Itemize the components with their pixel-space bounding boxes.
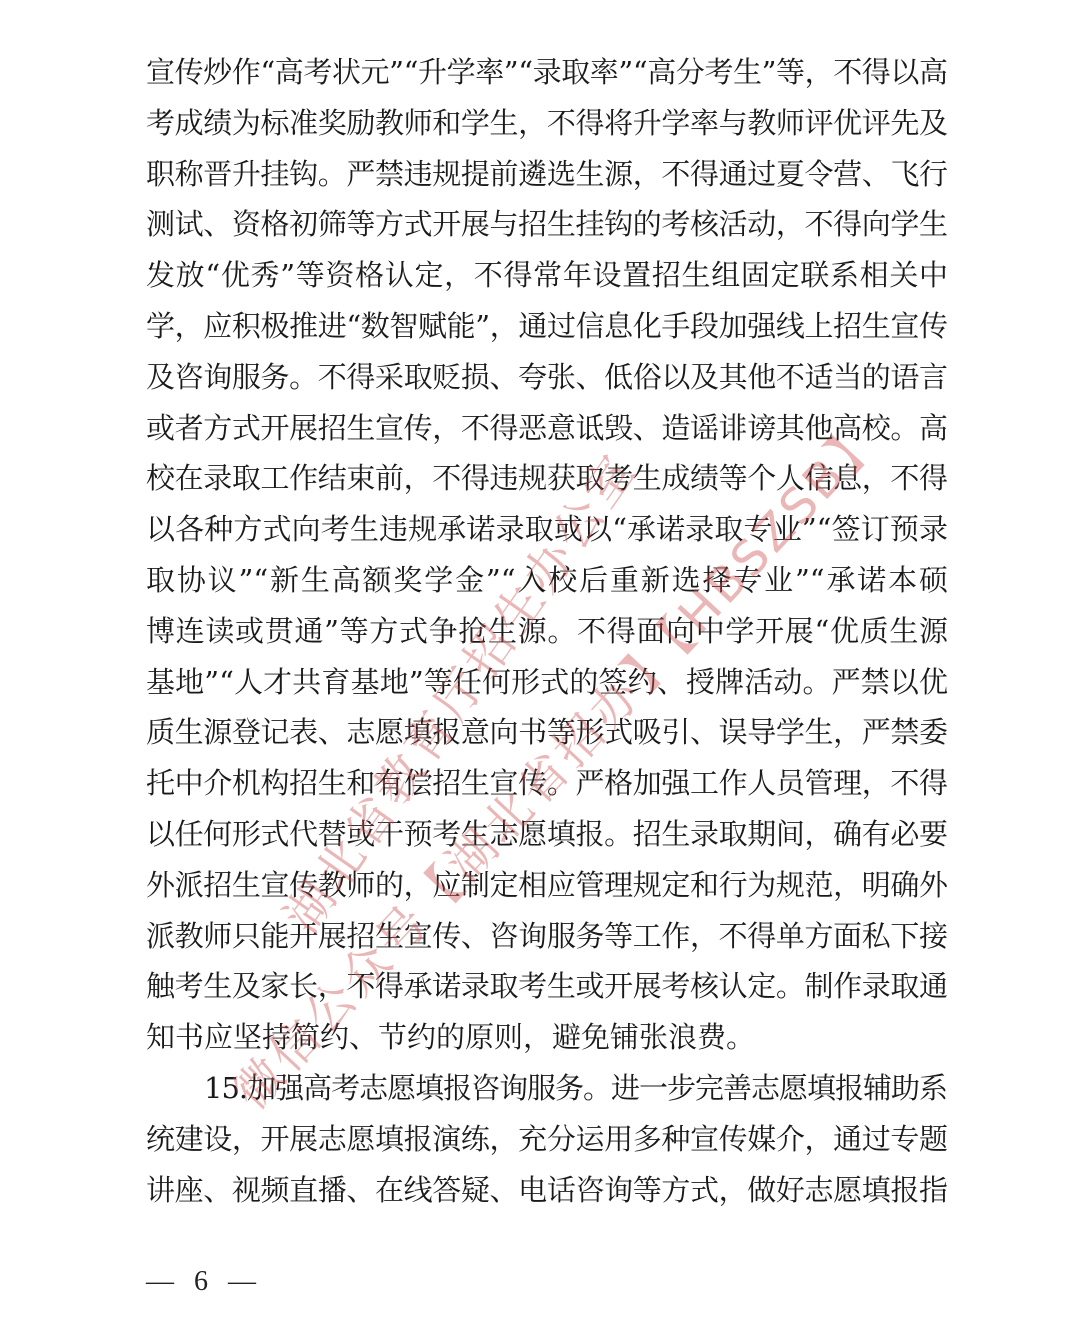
text-line: 考成绩为标准奖励教师和学生，不得将升学率与教师评优评先及 xyxy=(146,98,948,149)
text-line: 学，应积极推进“数智赋能”，通过信息化手段加强线上招生宣传 xyxy=(146,301,948,352)
text-line: 发放“优秀”等资格认定，不得常年设置招生组固定联系相关中 xyxy=(146,250,948,301)
text-line: 及咨询服务。不得采取贬损、夸张、低俗以及其他不适当的语言 xyxy=(146,352,948,403)
text-line: 触考生及家长，不得承诺录取考生或开展考核认定。制作录取通 xyxy=(146,961,948,1012)
document-page: 宣传炒作“高考状元”“升学率”“录取率”“高分考生”等，不得以高 考成绩为标准奖… xyxy=(0,0,1080,1326)
body-text: 宣传炒作“高考状元”“升学率”“录取率”“高分考生”等，不得以高 考成绩为标准奖… xyxy=(146,47,948,1215)
paragraph-end-line: 知书应坚持简约、节约的原则，避免铺张浪费。 xyxy=(146,1012,948,1063)
text-line: 基地”“人才共育基地”等任何形式的签约、授牌活动。严禁以优 xyxy=(146,657,948,708)
text-line: 质生源登记表、志愿填报意向书等形式吸引、误导学生，严禁委 xyxy=(146,707,948,758)
text-line: 博连读或贯通”等方式争抢生源。不得面向中学开展“优质生源 xyxy=(146,606,948,657)
text-line: 校在录取工作结束前，不得违规获取考生成绩等个人信息，不得 xyxy=(146,453,948,504)
text-line: 派教师只能开展招生宣传、咨询服务等工作，不得单方面私下接 xyxy=(146,911,948,962)
text-line: 或者方式开展招生宣传，不得恶意诋毁、造谣诽谤其他高校。高 xyxy=(146,403,948,454)
page-number: — 6 — xyxy=(146,1266,258,1298)
text-line: 职称晋升挂钩。严禁违规提前遴选生源，不得通过夏令营、飞行 xyxy=(146,149,948,200)
text-line: 托中介机构招生和有偿招生宣传。严格加强工作人员管理，不得 xyxy=(146,758,948,809)
text-line: 外派招生宣传教师的，应制定相应管理规定和行为规范，明确外 xyxy=(146,860,948,911)
section-15-heading-line: 15.加强高考志愿填报咨询服务。进一步完善志愿填报辅助系 xyxy=(146,1063,948,1114)
text-line: 以各种方式向考生违规承诺录取或以“承诺录取专业”“签订预录 xyxy=(146,504,948,555)
text-line: 讲座、视频直播、在线答疑、电话咨询等方式，做好志愿填报指 xyxy=(146,1165,948,1216)
text-line: 测试、资格初筛等方式开展与招生挂钩的考核活动，不得向学生 xyxy=(146,199,948,250)
text-line: 统建设，开展志愿填报演练，充分运用多种宣传媒介，通过专题 xyxy=(146,1114,948,1165)
text-line: 宣传炒作“高考状元”“升学率”“录取率”“高分考生”等，不得以高 xyxy=(146,47,948,98)
text-line: 以任何形式代替或干预考生志愿填报。招生录取期间，确有必要 xyxy=(146,809,948,860)
text-line: 取协议”“新生高额奖学金”“入校后重新选择专业”“承诺本硕 xyxy=(146,555,948,606)
